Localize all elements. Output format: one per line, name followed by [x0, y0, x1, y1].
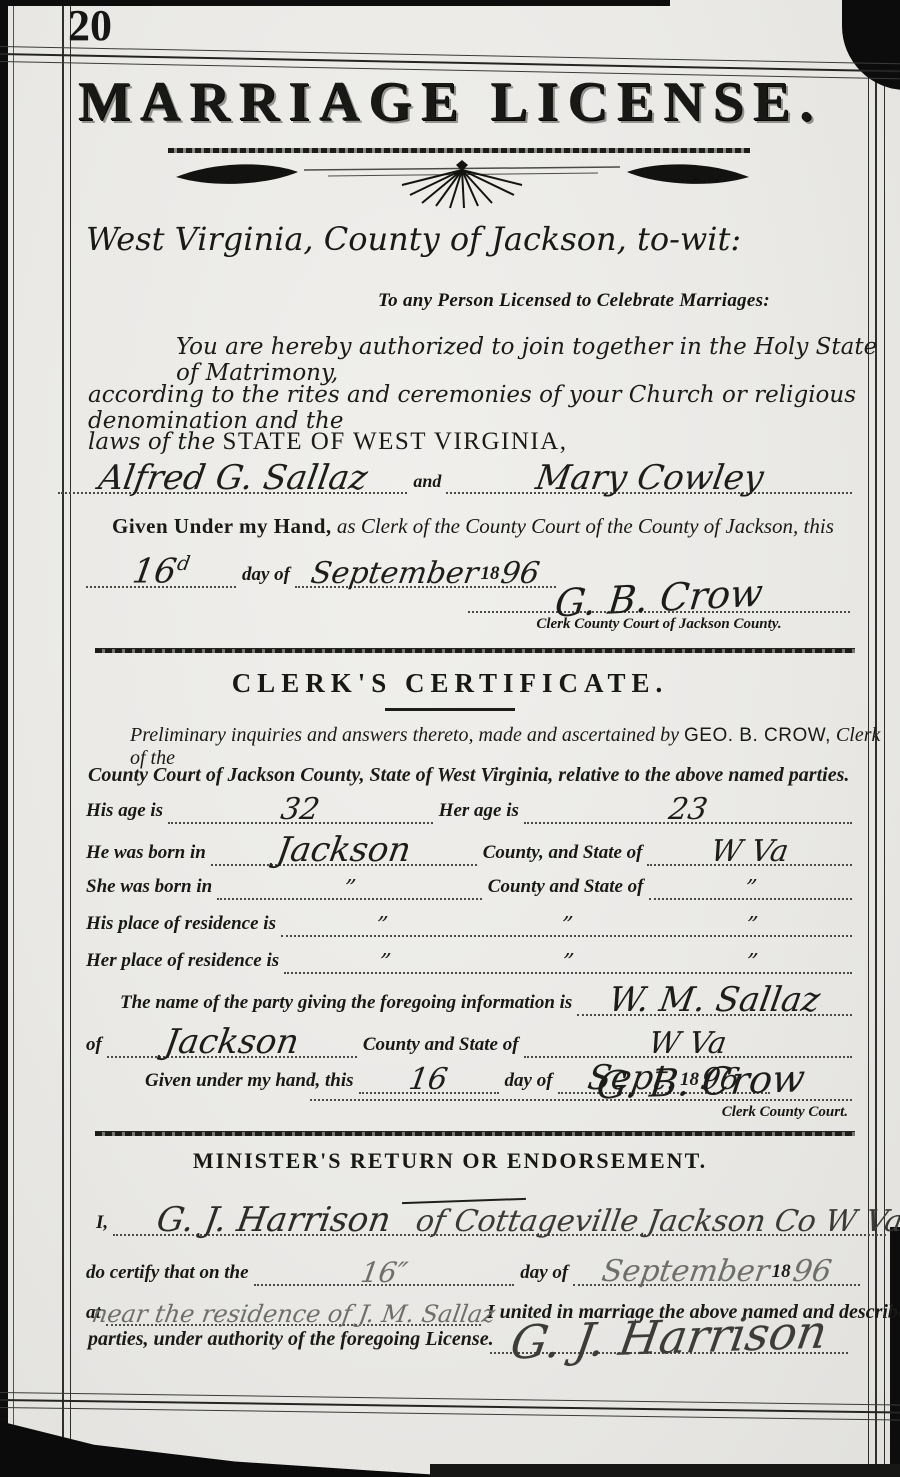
minister-signature: G. J. Harrison: [486, 1304, 852, 1371]
marriage-place-field: near the residence of J. M. Sallaz: [106, 1305, 481, 1326]
authorization-line-2: according to the rites and ceremonies of…: [88, 382, 900, 434]
ditto-mark: ”: [375, 917, 389, 935]
section-divider: [95, 1131, 855, 1136]
clerk-signature-block: G. B. Crow Clerk County Court of Jackson…: [468, 576, 850, 633]
his-age-field: 32: [168, 798, 433, 824]
he-born-label: He was born in: [86, 842, 211, 866]
given-blackletter: Given Under my Hand,: [112, 514, 332, 538]
minister-name-field: G. J. Harrison: [113, 1207, 433, 1236]
he-born-state: W Va: [709, 840, 790, 864]
groom-name-field: Alfred G. Sallaz: [58, 465, 407, 494]
she-born-state-field: ”: [649, 880, 853, 900]
her-residence-row: Her place of residence is ” ” ”: [86, 938, 852, 974]
left-margin-rule: [13, 0, 14, 1477]
i-label: I,: [96, 1212, 113, 1236]
flourish-ornament-icon: [170, 157, 755, 209]
certificate-intro-line-2: County Court of Jackson County, State of…: [88, 764, 849, 787]
day-of-label: day of: [236, 564, 295, 588]
his-residence-row: His place of residence is ” ” ”: [86, 901, 852, 937]
authorization-line-1: You are hereby authorized to join togeth…: [176, 334, 900, 386]
she-born-row: She was born in ” County and State of ”: [86, 864, 852, 900]
and-label: and: [407, 471, 446, 494]
he-born-place: Jackson: [275, 837, 413, 864]
he-born-row: He was born in Jackson County, and State…: [86, 826, 852, 866]
minister-name-row: I, G. J. Harrison of Cottageville Jackso…: [96, 1188, 886, 1236]
ditto-mark: ”: [561, 954, 575, 972]
ages-row: His age is 32 Her age is 23: [86, 786, 852, 824]
couple-names-row: Alfred G. Sallaz and Mary Cowley: [58, 450, 852, 494]
his-age-value: 32: [279, 798, 321, 822]
she-born-state: ”: [743, 880, 757, 898]
salutation-line: To any Person Licensed to Celebrate Marr…: [378, 290, 770, 312]
marriage-license-page: 20 MARRIAGE LICENSE. West Virginia, Coun…: [0, 0, 900, 1477]
given-under-hand-line: Given Under my Hand, as Clerk of the Cou…: [112, 514, 834, 539]
informant-field: W. M. Sallaz: [577, 987, 852, 1016]
left-margin-rule: [70, 0, 71, 1477]
certify-label: do certify that on the: [86, 1262, 254, 1286]
minister-date-row: do certify that on the 16″ day of Septem…: [86, 1244, 860, 1286]
her-age-value: 23: [667, 798, 709, 822]
he-born-place-field: Jackson: [211, 837, 477, 866]
minister-day-of-label: day of: [514, 1262, 573, 1286]
state-county-heading: West Virginia, County of Jackson, to-wit…: [86, 220, 741, 258]
ornamental-rule: [168, 148, 750, 153]
left-margin-rule: [62, 0, 64, 1477]
ditto-mark: ”: [559, 917, 573, 935]
license-day: 16d: [131, 556, 192, 586]
given-rest: as Clerk of the County Court of the Coun…: [337, 514, 834, 538]
intro-text-a: Preliminary inquiries and answers theret…: [130, 724, 679, 746]
bottom-horizontal-rules: [0, 1392, 900, 1421]
informant-row: The name of the party giving the foregoi…: [120, 974, 852, 1016]
she-born-place: ”: [342, 880, 356, 898]
clerk-certificate-signature-block: G. B. Crow Clerk County Court.: [310, 1064, 852, 1121]
license-day-field: 16d: [86, 556, 236, 588]
her-residence-field: ” ” ”: [284, 954, 852, 974]
his-residence-field: ” ” ”: [281, 917, 852, 937]
her-age-field: 23: [524, 798, 852, 824]
minister-place: of Cottageville Jackson Co W Va: [414, 1210, 900, 1234]
informant-name: W. M. Sallaz: [607, 987, 822, 1014]
groom-name: Alfred G. Sallaz: [97, 465, 369, 492]
heading-rule: [385, 708, 515, 711]
ditto-mark: ”: [378, 954, 392, 972]
clerk-name-caps: GEO. B. CROW,: [684, 725, 831, 746]
minister-year: 96: [791, 1260, 833, 1284]
document-title: MARRIAGE LICENSE.: [0, 70, 900, 134]
ditto-mark: ”: [744, 954, 758, 972]
bride-name: Mary Cowley: [533, 465, 764, 492]
bottom-edge-shadow: [430, 1464, 900, 1477]
ditto-mark: ”: [744, 917, 758, 935]
her-age-label: Her age is: [433, 800, 524, 824]
he-born-state-field: W Va: [647, 840, 852, 866]
bottom-right-edge-shadow: [890, 1227, 900, 1477]
minister-place-field: of Cottageville Jackson Co W Va: [433, 1210, 886, 1236]
she-born-label: She was born in: [86, 876, 217, 900]
minister-name: G. J. Harrison: [154, 1207, 392, 1234]
his-age-label: His age is: [86, 800, 168, 824]
her-residence-label: Her place of residence is: [86, 950, 284, 974]
of-label: of: [86, 1034, 107, 1058]
page-left-edge: [0, 0, 8, 1477]
year-prefix: 18: [770, 1261, 793, 1284]
minister-day: 16″: [359, 1262, 409, 1284]
she-born-mid-label: County and State of: [482, 876, 649, 900]
minister-return-heading: MINISTER'S RETURN OR ENDORSEMENT.: [0, 1148, 900, 1174]
she-born-place-field: ”: [217, 880, 482, 900]
marriage-place: near the residence of J. M. Sallaz: [90, 1305, 496, 1324]
closing-text: parties, under authority of the foregoin…: [88, 1328, 494, 1351]
he-born-mid-label: County, and State of: [477, 842, 648, 866]
license-month: September: [309, 562, 480, 586]
minister-day-field: 16″: [254, 1262, 515, 1286]
minister-signature-block: G. J. Harrison: [490, 1310, 848, 1354]
minister-month: September: [601, 1260, 772, 1284]
bride-name-field: Mary Cowley: [446, 465, 852, 494]
section-divider: [95, 648, 855, 653]
his-residence-label: His place of residence is: [86, 913, 281, 937]
informant-label: The name of the party giving the foregoi…: [120, 992, 577, 1016]
minister-month-field: September 18 96: [573, 1260, 860, 1286]
clerk-certificate-heading: CLERK'S CERTIFICATE.: [0, 668, 900, 699]
page-number: 20: [68, 0, 112, 51]
